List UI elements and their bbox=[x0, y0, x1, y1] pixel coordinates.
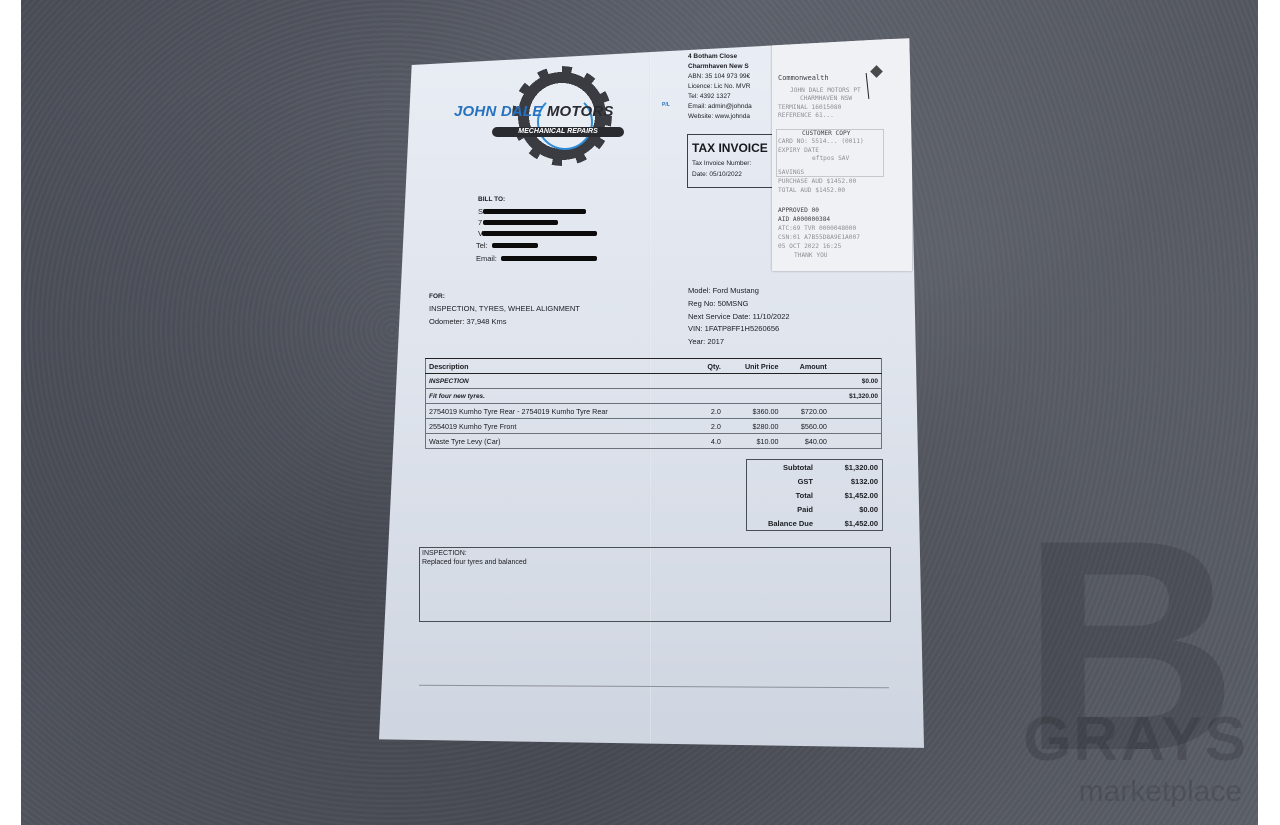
company-email: Email: admin@johnda bbox=[688, 102, 752, 112]
watermark-brand: GRAYS bbox=[1023, 704, 1248, 775]
cell-description: Waste Tyre Levy (Car) bbox=[426, 434, 696, 449]
tax-invoice-title: TAX INVOICE bbox=[692, 141, 768, 155]
line-items-table: Description Qty. Unit Price Amount INSPE… bbox=[425, 358, 882, 449]
totals-row: Paid$0.00 bbox=[747, 502, 883, 516]
cell-section-total: $0.00 bbox=[830, 374, 882, 389]
totals-row: Balance Due$1,452.00 bbox=[747, 516, 883, 531]
next-service-date: Next Service Date: 11/10/2022 bbox=[688, 311, 790, 323]
totals-value: $1,320.00 bbox=[817, 460, 883, 475]
totals-row: GST$132.00 bbox=[747, 474, 883, 488]
totals-value: $132.00 bbox=[817, 474, 883, 488]
totals-row: Total$1,452.00 bbox=[747, 488, 883, 502]
vehicle-vin: VIN: 1FATP8FF1H5260656 bbox=[688, 323, 779, 335]
cell-amount: $720.00 bbox=[782, 404, 830, 419]
tax-invoice-number-label: Tax Invoice Number: bbox=[692, 159, 751, 169]
logo-suffix: P/L bbox=[662, 102, 670, 108]
watermark: B GRAYS marketplace bbox=[958, 485, 1248, 815]
receipt-thank-you: THANK YOU bbox=[794, 252, 828, 261]
address-line-2: Charmhaven New S bbox=[688, 62, 749, 72]
invoice-paper: JOHN DALE MOTORS P/L MECHANICAL REPAIRS … bbox=[379, 38, 924, 750]
eftpos-receipt: Commonwealth JOHN DALE MOTORS PT CHARMHA… bbox=[772, 39, 912, 271]
totals-label: Subtotal bbox=[747, 460, 818, 475]
cell-section-total bbox=[830, 404, 882, 419]
table-header-row: Description Qty. Unit Price Amount bbox=[426, 359, 882, 374]
cell-qty: 4.0 bbox=[696, 434, 724, 449]
cell-qty bbox=[696, 389, 724, 404]
receipt-total: TOTAL AUD $1452.00 bbox=[778, 187, 845, 196]
totals-value: $1,452.00 bbox=[817, 516, 883, 531]
totals-value: $1,452.00 bbox=[817, 488, 883, 502]
table-body: INSPECTION$0.00Fit four new tyres.$1,320… bbox=[426, 374, 882, 449]
totals-box: Subtotal$1,320.00GST$132.00Total$1,452.0… bbox=[746, 459, 883, 531]
table-section-row: Fit four new tyres.$1,320.00 bbox=[426, 389, 882, 404]
receipt-eftpos: eftpos SAV bbox=[812, 155, 849, 164]
bill-to-email-label: Email: bbox=[476, 253, 497, 265]
address-line-1: 4 Botham Close bbox=[688, 52, 737, 62]
vehicle-model: Model: Ford Mustang bbox=[688, 285, 759, 297]
cell-description: 2554019 Kumho Tyre Front bbox=[426, 419, 696, 434]
header-amount: Amount bbox=[782, 359, 830, 374]
cell-unit-price: $360.00 bbox=[724, 404, 782, 419]
table-section-row: INSPECTION$0.00 bbox=[426, 374, 882, 389]
company-logo: JOHN DALE MOTORS P/L MECHANICAL REPAIRS bbox=[454, 66, 669, 166]
totals-label: GST bbox=[747, 474, 818, 488]
bill-to-label: BILL TO: bbox=[478, 195, 505, 205]
notes-box: INSPECTION: Replaced four tyres and bala… bbox=[419, 547, 891, 622]
tax-invoice-date: Date: 05/10/2022 bbox=[692, 170, 742, 180]
logo-name: JOHN DALE MOTORS bbox=[454, 103, 614, 120]
table-row: 2554019 Kumho Tyre Front2.0$280.00$560.0… bbox=[426, 419, 882, 434]
cell-unit-price bbox=[724, 374, 782, 389]
redaction-bar bbox=[501, 256, 597, 261]
cell-qty: 2.0 bbox=[696, 419, 724, 434]
logo-banner: MECHANICAL REPAIRS bbox=[492, 127, 624, 137]
cell-amount: $560.00 bbox=[782, 419, 830, 434]
redaction-bar bbox=[483, 209, 586, 214]
notes-text: INSPECTION: Replaced four tyres and bala… bbox=[422, 549, 527, 568]
header-section-total bbox=[830, 359, 882, 374]
cell-section-total bbox=[830, 419, 882, 434]
receipt-location: CHARMHAVEN NSW bbox=[800, 95, 852, 104]
receipt-purchase: PURCHASE AUD $1452.00 bbox=[778, 178, 856, 187]
totals-label: Total bbox=[747, 488, 818, 502]
totals-row: Subtotal$1,320.00 bbox=[747, 460, 883, 475]
receipt-savings: SAVINGS bbox=[778, 169, 804, 178]
table-row: 2754019 Kumho Tyre Rear - 2754019 Kumho … bbox=[426, 404, 882, 419]
services: INSPECTION, TYRES, WHEEL ALIGNMENT bbox=[429, 303, 580, 315]
redaction-bar bbox=[492, 243, 538, 248]
receipt-bank: Commonwealth bbox=[778, 73, 829, 83]
receipt-atc: ATC:69 TVR 0000048000 bbox=[778, 225, 856, 234]
company-licence: Licence: Lic No. MVR bbox=[688, 82, 751, 92]
bill-to-tel-label: Tel: bbox=[476, 240, 488, 252]
redaction-bar bbox=[482, 231, 597, 236]
notes-body: Replaced four tyres and balanced bbox=[422, 558, 527, 567]
header-qty: Qty. bbox=[696, 359, 724, 374]
cell-description: INSPECTION bbox=[426, 374, 696, 389]
cell-unit-price: $10.00 bbox=[724, 434, 782, 449]
cell-qty bbox=[696, 374, 724, 389]
company-tel: Tel: 4392 1327 bbox=[688, 92, 731, 102]
receipt-approved: APPROVED 00 bbox=[778, 207, 819, 216]
signature-line bbox=[419, 685, 889, 688]
odometer: Odometer: 37,948 Kms bbox=[429, 316, 507, 328]
totals-label: Paid bbox=[747, 502, 818, 516]
vehicle-reg: Reg No: 50MSNG bbox=[688, 298, 748, 310]
cell-qty: 2.0 bbox=[696, 404, 724, 419]
photo-background: B GRAYS marketplace JOHN DALE MOTORS P/L… bbox=[21, 0, 1258, 825]
cell-amount bbox=[782, 374, 830, 389]
table-row: Waste Tyre Levy (Car)4.0$10.00$40.00 bbox=[426, 434, 882, 449]
totals-value: $0.00 bbox=[817, 502, 883, 516]
header-unit-price: Unit Price bbox=[724, 359, 782, 374]
for-label: FOR: bbox=[429, 292, 445, 302]
logo-name-second: MOTORS bbox=[547, 103, 614, 120]
receipt-card-no: CARD NO: 5514... (0011) bbox=[778, 138, 864, 147]
pen-mark bbox=[866, 73, 870, 99]
receipt-reference: REFERENCE 61... bbox=[778, 112, 834, 121]
receipt-datetime: 05 OCT 2022 16:25 bbox=[778, 243, 841, 252]
cell-amount: $40.00 bbox=[782, 434, 830, 449]
totals-body: Subtotal$1,320.00GST$132.00Total$1,452.0… bbox=[747, 460, 883, 531]
cell-section-total bbox=[830, 434, 882, 449]
cell-description: Fit four new tyres. bbox=[426, 389, 696, 404]
watermark-subtitle: marketplace bbox=[1079, 775, 1242, 809]
cell-amount bbox=[782, 389, 830, 404]
totals-label: Balance Due bbox=[747, 516, 818, 531]
company-website: Website: www.johnda bbox=[688, 112, 750, 122]
receipt-csn: CSN:01 A7B55D8A9E1A007 bbox=[778, 234, 860, 243]
cell-unit-price bbox=[724, 389, 782, 404]
notes-heading: INSPECTION: bbox=[422, 549, 527, 558]
receipt-aid: AID A000000384 bbox=[778, 216, 830, 225]
cell-unit-price: $280.00 bbox=[724, 419, 782, 434]
header-description: Description bbox=[426, 359, 696, 374]
vehicle-year: Year: 2017 bbox=[688, 336, 724, 348]
redaction-bar bbox=[483, 220, 558, 225]
cell-section-total: $1,320.00 bbox=[830, 389, 882, 404]
company-abn: ABN: 35 104 973 99€ bbox=[688, 72, 750, 82]
cell-description: 2754019 Kumho Tyre Rear - 2754019 Kumho … bbox=[426, 404, 696, 419]
logo-name-first: JOHN DALE bbox=[454, 103, 547, 120]
bill-to-line-2: 7 bbox=[478, 217, 482, 229]
receipt-sticker-icon bbox=[870, 65, 883, 78]
